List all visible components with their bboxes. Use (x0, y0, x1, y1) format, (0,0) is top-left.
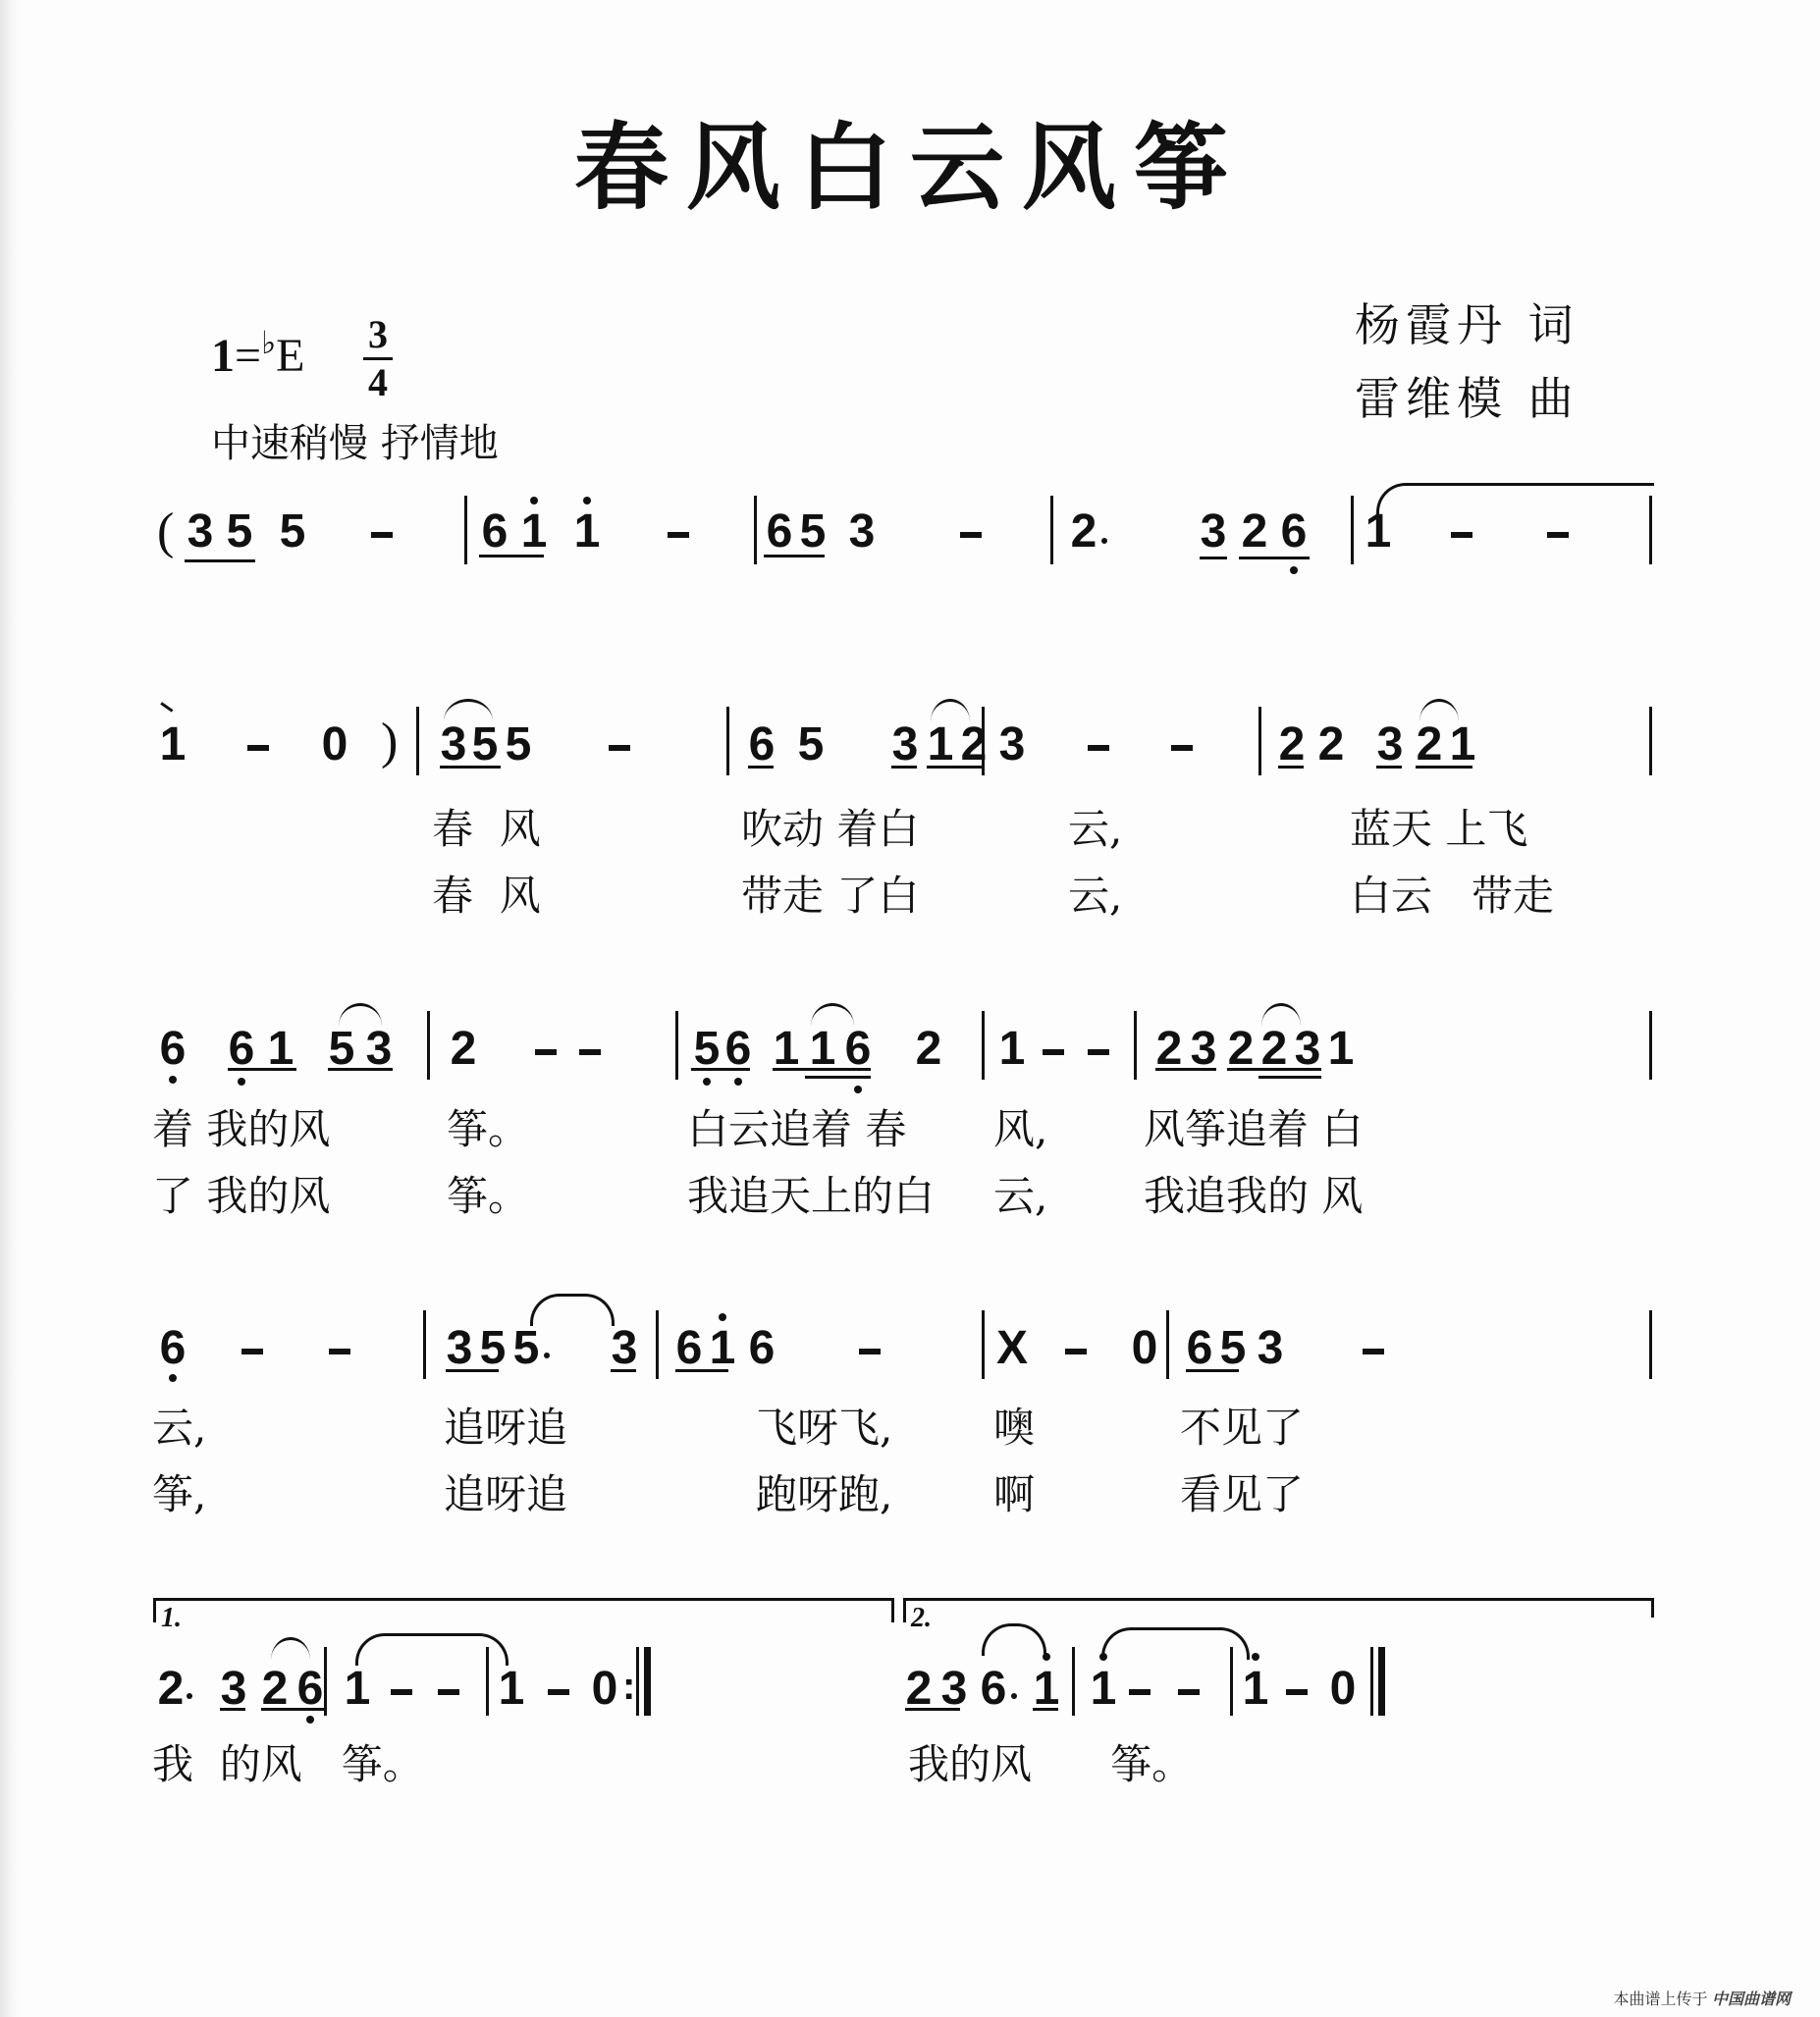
lyrics-verse1: 白云追着 春 (687, 1107, 906, 1152)
dash (1043, 1049, 1064, 1055)
note: 5 (691, 1026, 723, 1073)
underline (675, 1369, 728, 1372)
high-dot (1252, 1653, 1259, 1661)
barline (1258, 707, 1261, 775)
lyrics-verse1: 着 我的风 (152, 1107, 330, 1152)
note: 1 (996, 1026, 1028, 1073)
note: 3 (218, 1666, 249, 1713)
dash (1129, 1689, 1151, 1695)
dash (1547, 532, 1569, 538)
volta-left-edge (153, 1598, 156, 1622)
note: 1 (1031, 1666, 1062, 1713)
augmentation-dot (1101, 538, 1107, 544)
note: 1 (1325, 1026, 1357, 1073)
note: 3 (363, 1026, 395, 1073)
volta-number-2: 2. (911, 1603, 932, 1634)
note: 1 (1240, 1666, 1271, 1713)
note: 6 (157, 1325, 188, 1372)
barline (982, 1310, 985, 1379)
lyrics-verse2: 白云 带走 (1350, 874, 1554, 919)
high-dot (1043, 1653, 1050, 1661)
note: 6 (746, 721, 777, 769)
note: 2 (1225, 1026, 1257, 1073)
low-dot (734, 1078, 742, 1086)
underline (479, 555, 544, 557)
repeat-barline-thin (636, 1647, 639, 1716)
note: 1 (925, 721, 956, 769)
open-parenthesis: ( (157, 503, 174, 560)
dash (1178, 1689, 1200, 1695)
lyrics-verse2: 筝, (152, 1472, 206, 1517)
barline (1050, 496, 1053, 564)
lyrics-verse1: 我的风 筝。 (908, 1742, 1193, 1787)
dash (579, 1049, 601, 1055)
key-equals: = (235, 330, 261, 382)
note: 5 (503, 721, 534, 769)
lyrics-verse1: 蓝天 上飞 (1350, 807, 1527, 852)
key-signature: 1=♭E (211, 324, 305, 383)
note: 1 (807, 1026, 838, 1073)
note: 3 (889, 721, 921, 769)
note: 0 (1129, 1325, 1160, 1372)
lyrics-verse2: 了 我的风 (152, 1174, 330, 1219)
barline (1649, 496, 1652, 564)
note: 1 (571, 508, 603, 556)
note: 1 (1363, 508, 1394, 556)
note: 2 (448, 1026, 479, 1073)
dash (1088, 1049, 1109, 1055)
slur (271, 1637, 310, 1660)
underline (1278, 766, 1304, 769)
low-dot (306, 1716, 314, 1724)
dash (371, 532, 393, 538)
slur (444, 699, 493, 721)
barline (1134, 1011, 1137, 1080)
volta-bracket-1 (153, 1598, 894, 1601)
time-signature: 3 4 (363, 314, 393, 403)
note: 5 (326, 1026, 357, 1073)
note: 5 (1217, 1325, 1249, 1372)
note: X (996, 1325, 1028, 1372)
barline (427, 1011, 430, 1080)
note: 6 (157, 1026, 188, 1073)
barline (1649, 1310, 1652, 1379)
note: 5 (477, 1325, 509, 1372)
note: 3 (1255, 1325, 1286, 1372)
note: 5 (277, 508, 308, 556)
low-dot (1290, 566, 1298, 574)
lyrics-verse1: 不见了 (1180, 1406, 1304, 1451)
note: 0 (589, 1666, 620, 1713)
note: 5 (224, 508, 255, 556)
dash (1286, 1689, 1308, 1695)
underline (1155, 1068, 1216, 1071)
lyrics-verse1: 春 风 (432, 807, 541, 852)
underline (773, 1068, 871, 1071)
final-barline-thin (1370, 1647, 1373, 1716)
dash (329, 1349, 350, 1354)
dash (438, 1689, 459, 1695)
page-edge-shadow (0, 0, 22, 2017)
underline (611, 1369, 636, 1372)
dash (960, 532, 982, 538)
lyrics-verse2: 春 风 (432, 874, 541, 919)
underline (891, 766, 917, 769)
lyrics-verse2: 追呀追 (444, 1472, 567, 1517)
barline (675, 1011, 678, 1080)
final-barline-thick (1378, 1647, 1385, 1716)
dash (1065, 1349, 1087, 1354)
double-underline (1258, 1076, 1321, 1079)
augmentation-dot (1011, 1693, 1017, 1699)
note: 1 (496, 1666, 527, 1713)
tie-curve (530, 1294, 615, 1326)
lyrics-verse2: 带走 了白 (741, 874, 919, 919)
note: 6 (764, 508, 795, 556)
lyrics-verse1: 噢 (993, 1406, 1035, 1451)
low-dot (854, 1086, 862, 1093)
low-dot (169, 1076, 177, 1084)
barline (464, 496, 467, 564)
barline (1649, 1011, 1652, 1080)
note: 3 (938, 1666, 970, 1713)
dash (241, 1349, 263, 1354)
note: 6 (226, 1026, 257, 1073)
barline (656, 1310, 659, 1379)
site-logo: 中国曲谱网 (1712, 1991, 1791, 2008)
lyrics-verse1: 风, (993, 1107, 1047, 1152)
low-dot (169, 1374, 177, 1382)
lyrics-verse2: 啊 (993, 1472, 1035, 1517)
note: 2 (1414, 721, 1445, 769)
volta-right-edge (1651, 1598, 1654, 1618)
slur (339, 1003, 382, 1026)
lyrics-verse1: 筝。 (447, 1107, 529, 1152)
underline (1227, 1068, 1321, 1071)
note: 5 (510, 1325, 542, 1372)
underline (764, 555, 825, 557)
dash (859, 1349, 881, 1354)
note: 6 (1184, 1325, 1215, 1372)
dash (1451, 532, 1472, 538)
note: 2 (1276, 721, 1308, 769)
note: 3 (846, 508, 878, 556)
note: 6 (294, 1666, 326, 1713)
note: 3 (996, 721, 1028, 769)
note: 1 (707, 1325, 738, 1372)
underline (185, 559, 255, 562)
augmentation-dot (544, 1353, 550, 1358)
note: 1 (157, 721, 188, 769)
underline (691, 1068, 750, 1071)
barline (486, 1647, 489, 1716)
note: 6 (673, 1325, 705, 1372)
dash (668, 532, 689, 538)
low-dot (703, 1078, 711, 1086)
lyrics-verse2: 我追天上的白 (687, 1174, 935, 1219)
note: 3 (1188, 1026, 1219, 1073)
underline (228, 1068, 296, 1071)
lyrics-verse1: 云, (152, 1406, 206, 1451)
tempo-marking: 中速稍慢 抒情地 (211, 412, 499, 468)
note: 5 (797, 508, 829, 556)
note: 2 (903, 1666, 935, 1713)
note: 3 (609, 1325, 640, 1372)
barline (324, 1647, 327, 1716)
barline (754, 496, 757, 564)
note: 0 (319, 721, 350, 769)
note: 2 (155, 1666, 187, 1713)
high-dot (583, 497, 591, 504)
composer-credit: 雷维模 曲 (1355, 363, 1579, 428)
note: 2 (1315, 721, 1347, 769)
underline (1186, 1369, 1239, 1372)
high-dot (530, 497, 538, 504)
note: 5 (795, 721, 827, 769)
dash (1363, 1349, 1384, 1354)
lyrics-verse2: 看见了 (1180, 1472, 1304, 1517)
underline (1239, 557, 1310, 559)
note: 0 (1327, 1666, 1359, 1713)
underline (261, 1708, 326, 1711)
note: 2 (1068, 508, 1099, 556)
barline (1072, 1647, 1075, 1716)
dash (609, 745, 630, 751)
slur (1261, 1003, 1301, 1026)
underline (440, 766, 501, 769)
underline (328, 1068, 393, 1071)
low-dot (238, 1078, 245, 1086)
double-underline (805, 1076, 871, 1079)
note: 6 (479, 508, 510, 556)
underline (1200, 557, 1227, 559)
note: 2 (1239, 508, 1270, 556)
key-note: E (276, 330, 304, 382)
note: 3 (438, 721, 469, 769)
barline (982, 1011, 985, 1080)
note: 3 (185, 508, 216, 556)
note: 6 (842, 1026, 874, 1073)
time-denominator: 4 (363, 362, 393, 403)
footer-text: 本曲谱上传于 (1614, 1991, 1708, 2008)
volta-bracket-2 (903, 1598, 1654, 1601)
dash (548, 1689, 569, 1695)
barline (982, 707, 985, 775)
underline (1376, 766, 1402, 769)
note: 2 (958, 721, 990, 769)
lyricist-credit: 杨霞丹 词 (1355, 290, 1579, 354)
slur (931, 699, 970, 721)
barline (1351, 496, 1354, 564)
lyrics-verse2: 云, (993, 1174, 1047, 1219)
barline (1649, 707, 1652, 775)
dash (535, 1049, 557, 1055)
lyrics-verse1: 吹动 着白 (741, 807, 919, 852)
lyrics-verse2: 筝。 (447, 1174, 529, 1219)
note: 3 (444, 1325, 475, 1372)
underline (220, 1708, 245, 1711)
lyrics-verse1: 云, (1068, 807, 1122, 852)
volta-number-1: 1. (161, 1603, 182, 1634)
lyrics-verse1: 我 的风 筝。 (152, 1742, 424, 1787)
barline (1230, 1647, 1233, 1716)
lyrics-verse1: 追呀追 (444, 1406, 567, 1451)
repeat-barline-thick (644, 1647, 651, 1716)
note: 2 (259, 1666, 291, 1713)
underline (927, 766, 984, 769)
note: 3 (1198, 508, 1229, 556)
note: 1 (265, 1026, 296, 1073)
dash (391, 1689, 412, 1695)
note: 2 (1258, 1026, 1290, 1073)
lyrics-verse2: 跑呀跑, (756, 1472, 892, 1517)
underline (1416, 766, 1472, 769)
flat-icon: ♭ (261, 325, 276, 360)
dash (1171, 745, 1193, 751)
tie-curve (1101, 1627, 1250, 1660)
lyrics-verse1: 飞呀飞, (756, 1406, 892, 1451)
dash (1088, 745, 1109, 751)
underline (748, 766, 774, 769)
repeat-colon: : (622, 1665, 635, 1709)
note: 2 (913, 1026, 944, 1073)
high-dot (719, 1313, 726, 1321)
lyrics-verse1: 风筝追着 白 (1144, 1107, 1363, 1152)
underline (446, 1369, 499, 1372)
barline (726, 707, 729, 775)
key-tonic: 1 (211, 330, 235, 382)
note: 6 (978, 1666, 1009, 1713)
note: 3 (1292, 1026, 1323, 1073)
underline (905, 1708, 960, 1711)
dash (247, 745, 269, 751)
note: 2 (1153, 1026, 1185, 1073)
note: 6 (723, 1026, 754, 1073)
note: 1 (1088, 1666, 1119, 1713)
tie-curve (982, 1623, 1046, 1656)
note: 6 (746, 1325, 777, 1372)
barline (423, 1310, 426, 1379)
augmentation-dot (187, 1693, 192, 1699)
barline (1166, 1310, 1169, 1379)
lyrics-verse2: 云, (1068, 874, 1122, 919)
note: 1 (518, 508, 550, 556)
underline (1033, 1708, 1058, 1711)
note: 1 (1447, 721, 1478, 769)
lyrics-verse2: 我追我的 风 (1144, 1174, 1363, 1219)
slur (1419, 699, 1459, 721)
slur (811, 1003, 854, 1026)
barline (416, 707, 419, 775)
volta-left-edge (903, 1598, 906, 1622)
note: 1 (771, 1026, 802, 1073)
song-title: 春风白云风筝 (0, 93, 1820, 228)
note: 3 (1374, 721, 1406, 769)
volta-right-edge (891, 1598, 894, 1622)
tie-curve (1376, 483, 1654, 515)
note: 6 (1278, 508, 1310, 556)
time-numerator: 3 (363, 314, 393, 355)
close-parenthesis: ) (381, 713, 398, 770)
footer-watermark: 本曲谱上传于 中国曲谱网 (1614, 1987, 1791, 2009)
note: 5 (469, 721, 501, 769)
note: 1 (342, 1666, 373, 1713)
